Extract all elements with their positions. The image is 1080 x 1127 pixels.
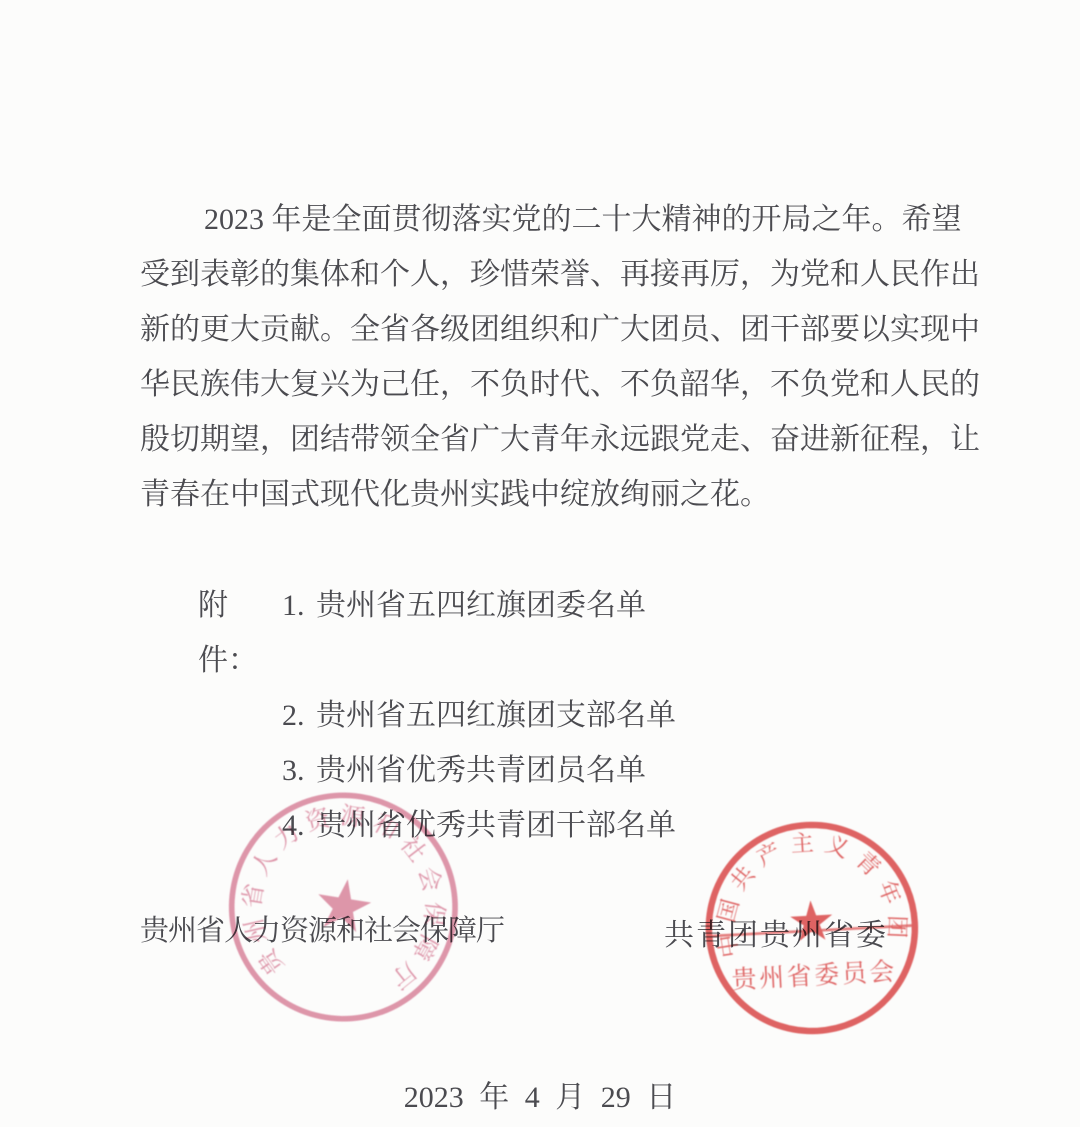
signature-org-left: 贵州省人力资源和社会保障厅 bbox=[140, 908, 504, 949]
attachment-title: 贵州省五四红旗团委名单 bbox=[316, 578, 646, 688]
paragraph-line: 华民族伟大复兴为己任，不负时代、不负韶华，不负党和人民的 bbox=[140, 357, 945, 412]
paragraph-line: 新的更大贡献。全省各级团组织和广大团员、团干部要以实现中 bbox=[140, 302, 945, 357]
attachment-number: 4. bbox=[282, 798, 316, 853]
attachment-number: 1. bbox=[282, 578, 316, 688]
attachment-row: 3. 贵州省优秀共青团员名单 bbox=[198, 743, 676, 798]
document-date: 2023 年 4 月 29 日 bbox=[0, 1072, 1080, 1116]
attachment-title: 贵州省五四红旗团支部名单 bbox=[316, 688, 676, 743]
attachment-label-spacer bbox=[198, 743, 282, 798]
attachment-title: 贵州省优秀共青团干部名单 bbox=[316, 798, 676, 853]
paragraph-line: 受到表彰的集体和个人，珍惜荣誉、再接再厉，为党和人民作出 bbox=[140, 247, 945, 302]
signature-org-right: 共青团贵州省委 bbox=[664, 910, 888, 954]
attachment-label-spacer bbox=[198, 798, 282, 853]
body-paragraph: 2023 年是全面贯彻落实党的二十大精神的开局之年。希望 受到表彰的集体和个人，… bbox=[140, 192, 945, 522]
attachment-label: 附件： bbox=[198, 578, 282, 688]
seal-bottom-text: 贵州省委员会 bbox=[731, 958, 898, 995]
attachment-label-spacer bbox=[198, 688, 282, 743]
paragraph-line: 殷切期望，团结带领全省广大青年永远跟党走、奋进新征程，让 bbox=[140, 412, 945, 467]
paragraph-line: 2023 年是全面贯彻落实党的二十大精神的开局之年。希望 bbox=[140, 192, 945, 247]
attachment-title: 贵州省优秀共青团员名单 bbox=[316, 743, 646, 798]
paragraph-line: 青春在中国式现代化贵州实践中绽放绚丽之花。 bbox=[140, 467, 945, 522]
attachment-row: 2. 贵州省五四红旗团支部名单 bbox=[198, 688, 676, 743]
attachment-row: 4. 贵州省优秀共青团干部名单 bbox=[198, 798, 676, 853]
attachment-number: 2. bbox=[282, 688, 316, 743]
document-page: 2023 年是全面贯彻落实党的二十大精神的开局之年。希望 受到表彰的集体和个人，… bbox=[0, 0, 1080, 1127]
attachment-number: 3. bbox=[282, 743, 316, 798]
attachment-list: 附件： 1. 贵州省五四红旗团委名单 2. 贵州省五四红旗团支部名单 3. 贵州… bbox=[198, 578, 676, 853]
attachment-row: 附件： 1. 贵州省五四红旗团委名单 bbox=[198, 578, 676, 688]
